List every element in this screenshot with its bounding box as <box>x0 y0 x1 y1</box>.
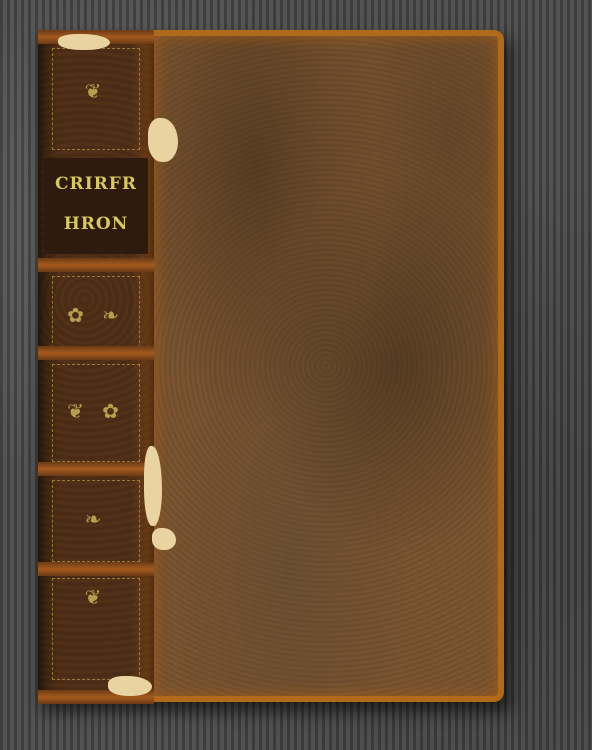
scroll-ornament-icon: ❦ <box>53 585 139 609</box>
spine-title-label: CRIRFR HRON <box>44 158 148 254</box>
torn-leather-patch <box>108 676 152 696</box>
book-photograph: ❦ CRIRFR HRON ✿ ❧ ❦ ✿ ❧ ❦ <box>0 0 592 750</box>
spine-panel: ❧ <box>52 480 140 562</box>
spine-band <box>38 462 154 476</box>
floral-ornament-icon: ❧ <box>53 507 139 531</box>
front-cover <box>148 30 504 702</box>
spine-band <box>38 562 154 576</box>
floral-ornament-icon: ✿ ❧ <box>53 303 139 327</box>
book-spine: ❦ CRIRFR HRON ✿ ❧ ❦ ✿ ❧ ❦ <box>38 30 154 704</box>
spine-panel: ❦ <box>52 578 140 680</box>
spine-band <box>38 346 154 360</box>
floral-ornament-icon: ❦ ✿ <box>53 399 139 423</box>
spine-panel: ❦ <box>52 48 140 150</box>
spine-band <box>38 258 154 272</box>
spine-panel: ❦ ✿ <box>52 364 140 462</box>
fleuron-ornament-icon: ❦ <box>53 79 139 103</box>
torn-leather-patch <box>148 118 178 162</box>
torn-leather-patch <box>152 528 176 550</box>
spine-title-line-2: HRON <box>44 214 148 234</box>
spine-title-line-1: CRIRFR <box>44 174 148 194</box>
worn-headcap <box>58 34 110 50</box>
